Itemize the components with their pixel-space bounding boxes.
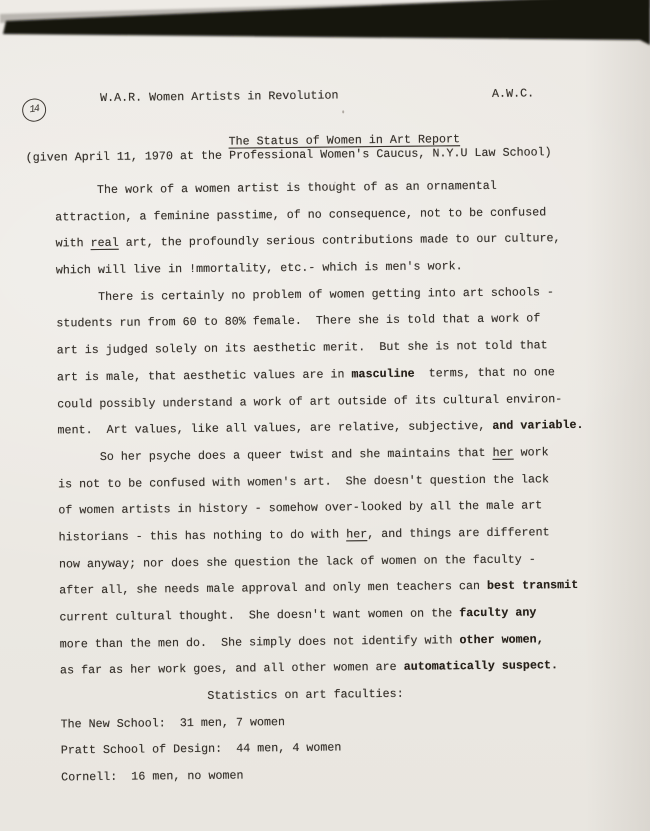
text-segment: faculty any: [459, 605, 536, 620]
text-segment: Pratt School of Design: 44 men, 4 women: [61, 741, 342, 758]
page-content: 14 W.A.R. Women Artists in Revolution A.…: [0, 0, 650, 831]
text-segment: of women artists in history - somehow ov…: [58, 499, 542, 518]
text-segment: art is male, that aesthetic values are i…: [57, 367, 352, 384]
text-segment: masculine: [351, 366, 414, 381]
text-segment: There is certainly no problem of women g…: [98, 285, 554, 304]
text-segment: students run from 60 to 80% female. Ther…: [56, 312, 540, 331]
text-segment: work: [514, 445, 549, 459]
text-segment: could possibly understand a work of art …: [57, 392, 562, 411]
text-segment: other women,: [459, 632, 543, 647]
text-segment: terms, that no one: [415, 365, 555, 380]
scan-speck: [342, 110, 344, 113]
header-org-name: W.A.R. Women Artists in Revolution: [100, 88, 339, 104]
text-segment: after all, she needs male approval and o…: [59, 579, 487, 597]
document-subtitle: (given April 11, 1970 at the Professiona…: [26, 145, 552, 165]
text-segment: with: [55, 236, 90, 250]
text-segment: ment. Art values, like all values, are r…: [57, 419, 492, 438]
text-segment: Statistics on art faculties:: [207, 687, 404, 703]
text-segment: So her psyche does a queer twist and she…: [100, 446, 493, 464]
page-number: 14: [29, 104, 40, 116]
text-segment: current cultural thought. She doesn't wa…: [59, 606, 459, 624]
text-segment: automatically suspect.: [404, 659, 558, 675]
text-segment: her: [346, 527, 367, 541]
statistics-line: Cornell: 16 men, no women: [61, 759, 636, 792]
text-segment: best transmit: [487, 578, 578, 593]
text-segment: Cornell: 16 men, no women: [61, 769, 243, 785]
text-segment: now anyway; nor does she question the la…: [59, 552, 536, 571]
text-segment: The New School: 31 men, 7 women: [61, 715, 286, 731]
text-segment: is not to be confused with women's art. …: [58, 472, 549, 491]
scanned-page: 14 W.A.R. Women Artists in Revolution A.…: [0, 0, 650, 831]
text-segment: and variable.: [492, 418, 583, 433]
text-segment: The work of a women artist is thought of…: [97, 179, 497, 197]
text-segment: as far as her work goes, and all other w…: [60, 660, 404, 678]
text-segment: art is judged solely on its aesthetic me…: [57, 338, 548, 357]
text-segment: more than the men do. She simply does no…: [60, 633, 460, 651]
header-org-abbrev: A.W.C.: [492, 86, 534, 100]
page-number-stamp: 14: [21, 97, 48, 123]
text-segment: attraction, a feminine passtime, of no c…: [55, 205, 546, 224]
text-segment: art, the profoundly serious contribution…: [119, 232, 561, 251]
text-segment: her: [492, 446, 513, 460]
document-body: The work of a women artist is thought of…: [55, 171, 636, 791]
text-segment: , and things are different: [367, 525, 549, 541]
scan-speck: [334, 181, 336, 183]
text-segment: real: [91, 236, 119, 250]
text-segment: which will live in !mmortality, etc.- wh…: [56, 259, 463, 277]
text-segment: historians - this has nothing to do with: [59, 527, 347, 544]
